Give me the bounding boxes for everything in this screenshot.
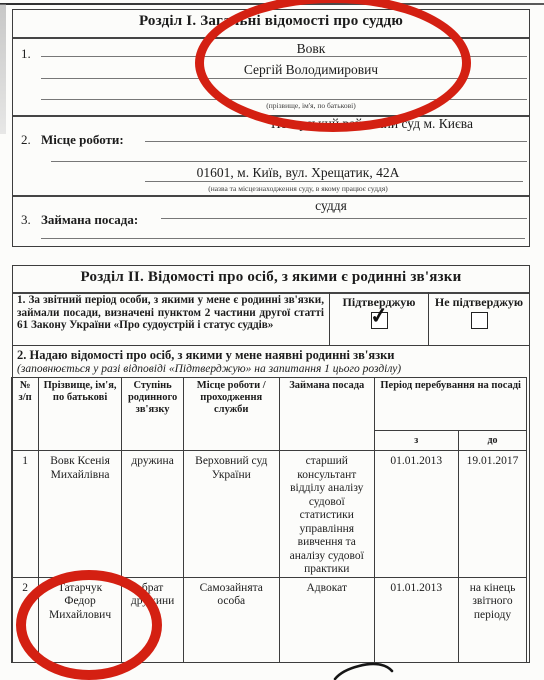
section2-title: Розділ II. Відомості про осіб, з якими є… [13, 269, 529, 286]
col-header-period: Період перебування на посаді [374, 378, 526, 431]
table-row: 1 Вовк Ксенія Михайлівна дружина Верховн… [12, 451, 527, 578]
deny-checkbox [471, 312, 488, 329]
col-header-from: з [374, 431, 458, 451]
item1-value-given-names: Сергій Володимирович [103, 62, 519, 78]
table-row: 2 Татарчук Федор Михайлович брат дружини… [12, 577, 527, 662]
question2-note: (заповнюється у разі відповіді «Підтверд… [17, 363, 525, 375]
col-header-relation: Ступінь родинного зв'язку [122, 378, 184, 451]
cell-name: Вовк Ксенія Михайлівна [38, 451, 121, 578]
cell-from: 01.01.2013 [374, 451, 458, 578]
writing-line [145, 141, 527, 142]
question1-text: 1. За звітний період особи, з якими у ме… [13, 292, 330, 345]
title-underline [13, 37, 529, 39]
cell-relation: дружина [122, 451, 184, 578]
cell-workplace: Самозайнята особа [183, 577, 279, 662]
col-header-name: Прізвище, ім'я, по батькові [38, 378, 121, 451]
col-header-workplace: Місце роботи /проходження служби [183, 378, 279, 451]
item2-number: 2. [21, 132, 31, 148]
cell-to: 19.01.2017 [458, 451, 527, 578]
section2-box: Розділ II. Відомості про осіб, з якими є… [12, 265, 530, 663]
question2-text: 2. Надаю відомості про осіб, з якими у м… [17, 348, 525, 363]
cell-num: 2 [12, 577, 38, 662]
writing-line [161, 218, 527, 219]
cell-position: старший консультант відділу аналізу судо… [279, 451, 374, 578]
item2-value-court: Печерський районний суд м. Києва [213, 116, 531, 132]
cell-name: Татарчук Федор Михайлович [38, 577, 121, 662]
section1-box: Розділ I. Загальні відомості про суддю 1… [12, 9, 530, 247]
cell-workplace: Верховний суд України [183, 451, 279, 578]
scan-edge-line [0, 3, 544, 5]
check-icon: ✓ [368, 302, 389, 330]
item2-caption: (назва та місцезнаходження суду, в якому… [133, 184, 463, 193]
item2-label: Місце роботи: [41, 132, 124, 148]
col-header-to: до [458, 431, 527, 451]
cell-num: 1 [12, 451, 38, 578]
writing-line [41, 99, 527, 100]
item1-number: 1. [21, 46, 31, 62]
writing-line [145, 181, 523, 182]
signature-stroke [328, 662, 400, 680]
item2-value-address: 01601, м. Київ, вул. Хрещатик, 42А [133, 165, 463, 181]
question1-row: 1. За звітний період особи, з якими у ме… [13, 292, 529, 346]
deny-option: Не підтверджую [429, 292, 529, 345]
confirm-checkbox: ✓ [371, 312, 388, 329]
cell-to: на кінець звітного періоду [458, 577, 527, 662]
col-header-position: Займана посада [279, 378, 374, 451]
row-divider [13, 195, 529, 197]
item1-caption: (прізвище, ім'я, по батькові) [103, 101, 519, 110]
writing-line [51, 161, 527, 162]
writing-line [41, 78, 527, 79]
confirm-option: Підтверджую ✓ [330, 292, 429, 345]
cell-position: Адвокат [279, 577, 374, 662]
cell-relation: брат дружини [122, 577, 184, 662]
question2-row: 2. Надаю відомості про осіб, з якими у м… [13, 347, 529, 377]
writing-line [41, 238, 525, 239]
col-header-num: № з/п [12, 378, 38, 451]
item3-label: Займана посада: [41, 212, 138, 228]
deny-label: Не підтверджую [429, 295, 529, 310]
section1-title: Розділ I. Загальні відомості про суддю [13, 13, 529, 30]
item3-value-position: суддя [166, 198, 496, 214]
item1-value-surname: Вовк [103, 41, 519, 57]
writing-line [41, 56, 527, 57]
item3-number: 3. [21, 212, 31, 228]
scan-artifact [0, 4, 6, 134]
relatives-table: № з/п Прізвище, ім'я, по батькові Ступін… [11, 377, 527, 663]
cell-from: 01.01.2013 [374, 577, 458, 662]
scanned-declaration-page: Розділ I. Загальні відомості про суддю 1… [0, 0, 544, 680]
